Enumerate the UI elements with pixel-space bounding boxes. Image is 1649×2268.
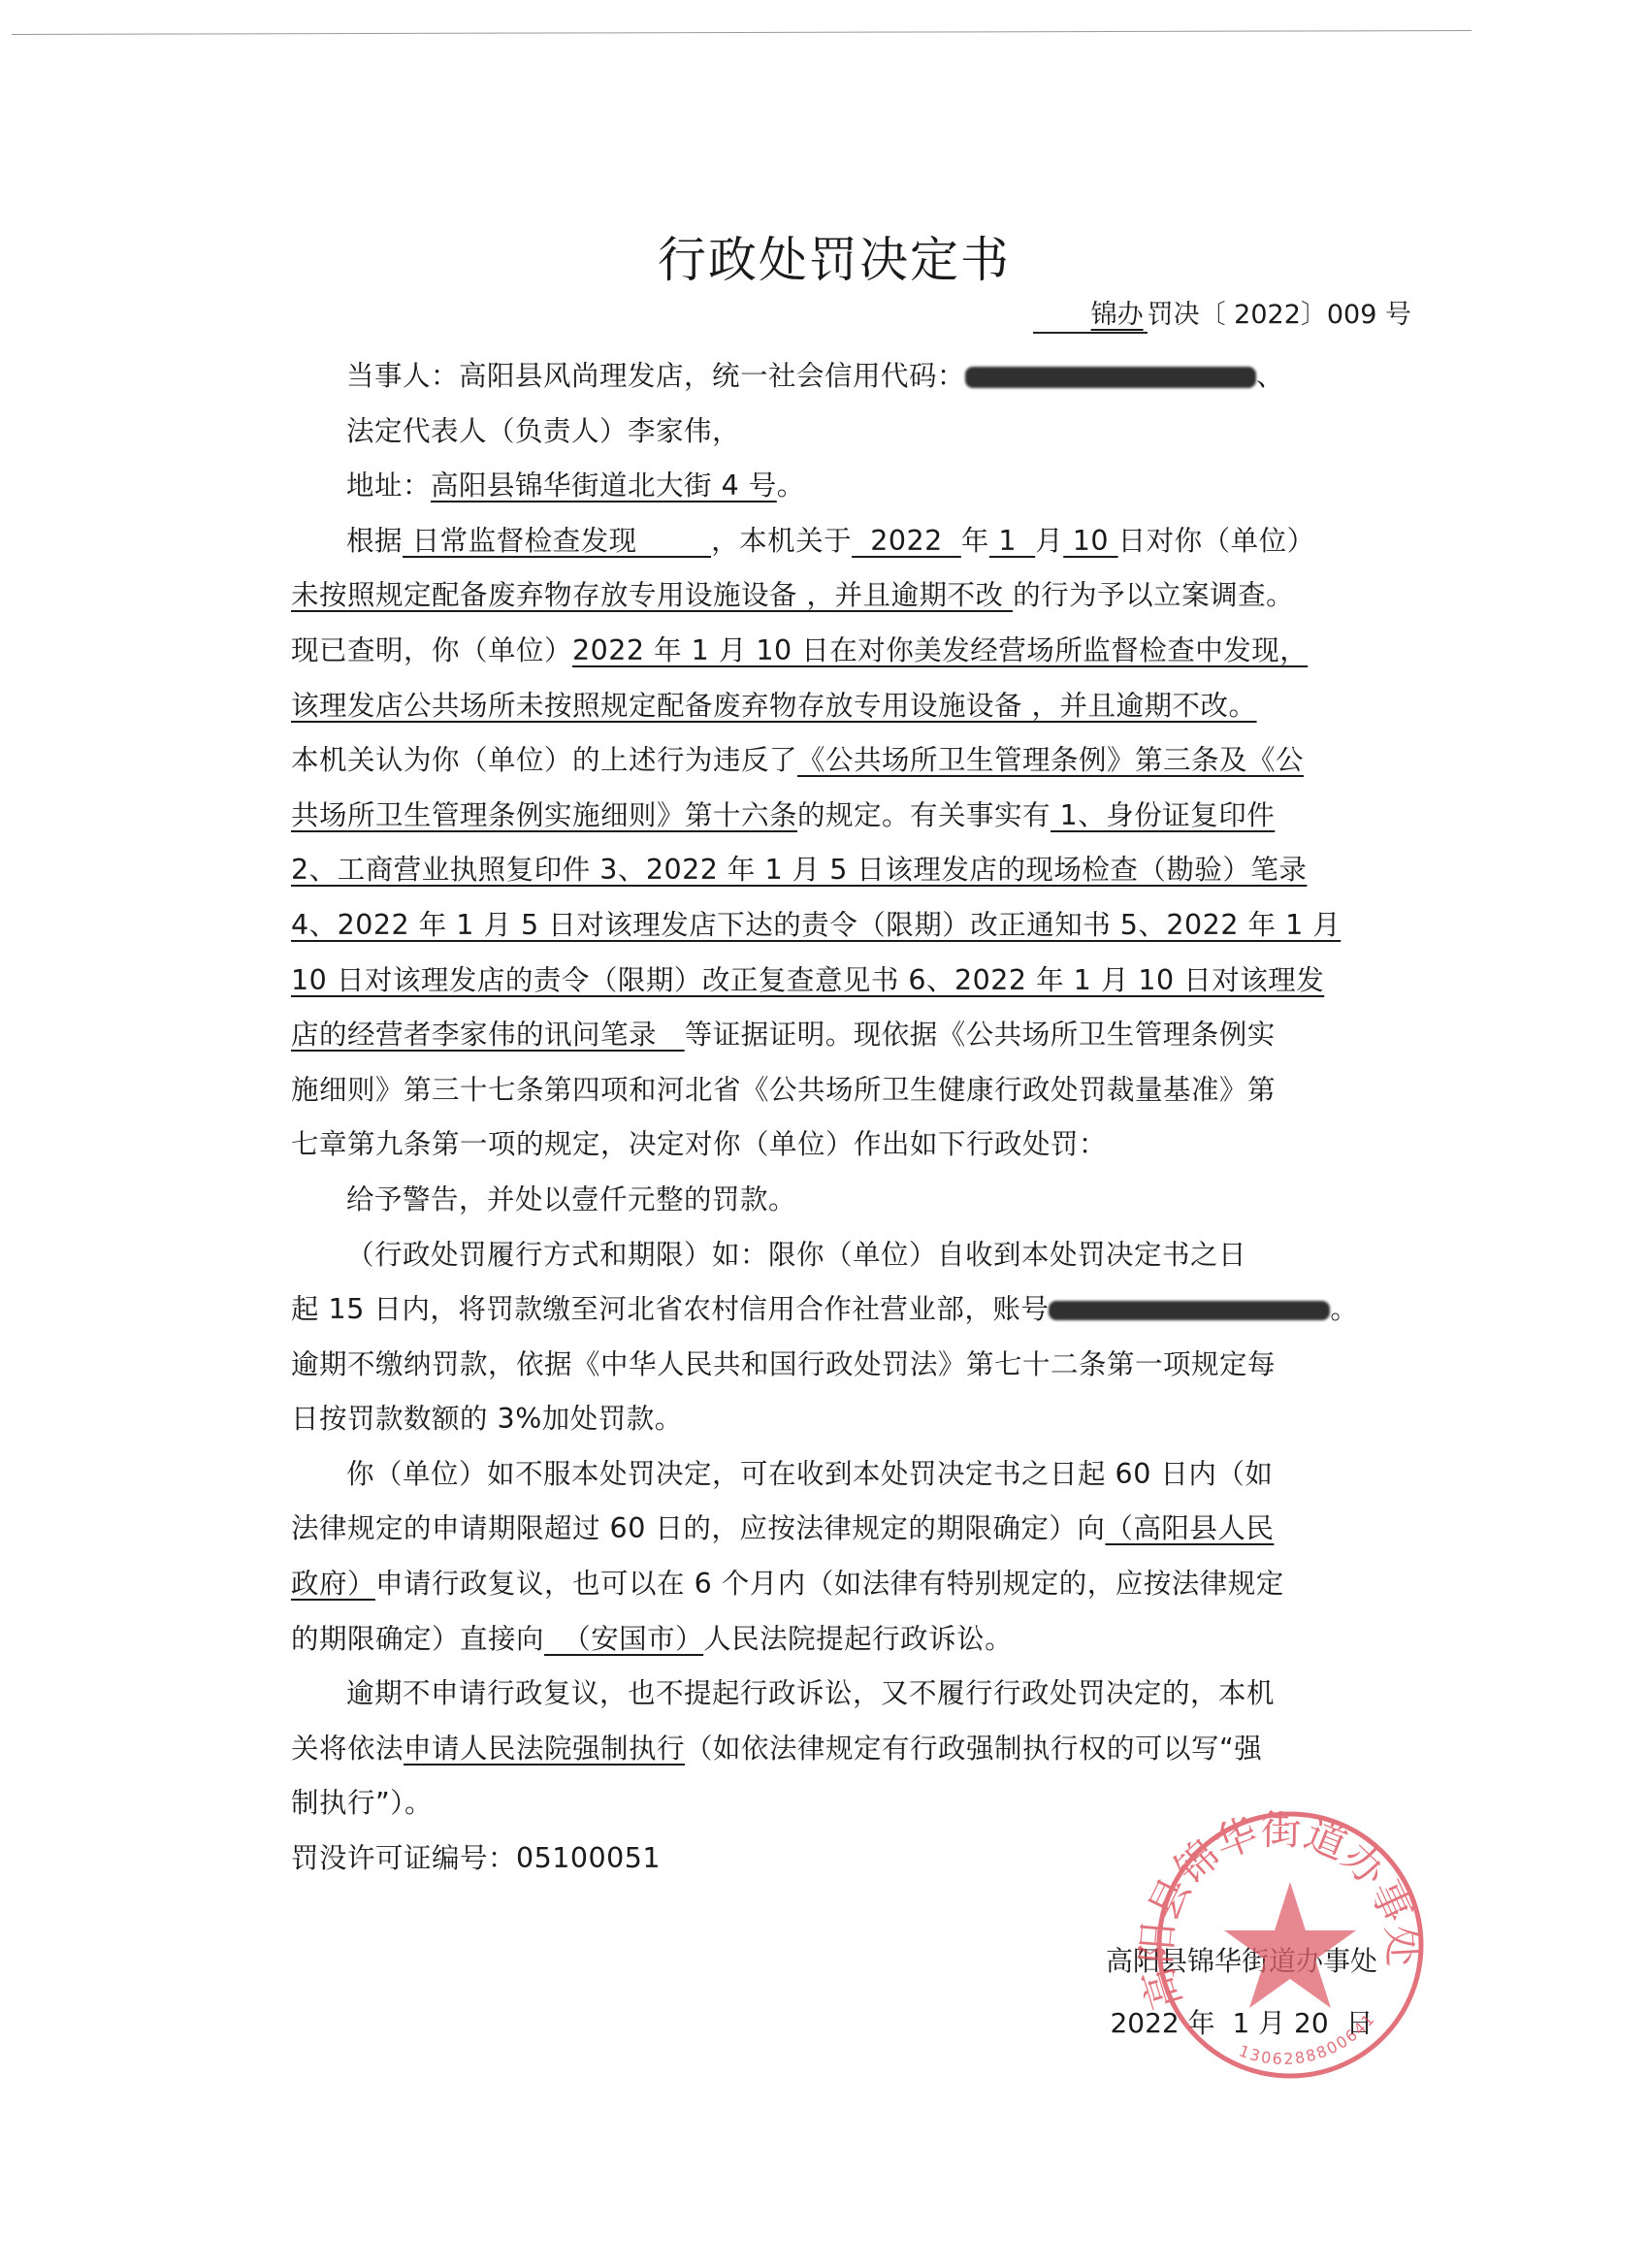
- signature-block: 高阳县锦华街道办事处 2022 年 1 月 20 日: [1038, 1930, 1445, 2055]
- para4-line3: 政府）申请行政复议，也可以在 6 个月内（如法律有特别规定的，应按法律规定: [291, 1557, 1411, 1612]
- para4-line4: 的期限确定）直接向 （安国市）人民法院提起行政诉讼。: [291, 1612, 1411, 1668]
- case-day: 10: [1063, 525, 1117, 557]
- text: 的期限确定）直接向: [291, 1623, 544, 1655]
- address-line: 地址：高阳县锦华街道北大街 4 号。: [291, 459, 1411, 514]
- para1-line7: 2、工商营业执照复印件 3、2022 年 1 月 5 日该理发店的现场检查（勘验…: [291, 843, 1411, 898]
- text: 根据: [346, 525, 403, 557]
- text: 的行为予以立案调查。: [1013, 579, 1294, 611]
- para4-line2: 法律规定的申请期限超过 60 日的，应按法律规定的期限确定）向（高阳县人民: [291, 1502, 1411, 1557]
- review-authority: 政府）: [291, 1568, 375, 1600]
- para3-line2: 起 15 日内，将罚款缴至河北省农村信用合作社营业部，账号。: [291, 1282, 1411, 1338]
- para1-line6: 共场所卫生管理条例实施细则》第十六条的规定。有关事实有 1、身份证复印件: [291, 789, 1411, 844]
- text: 日对你（单位）: [1118, 525, 1315, 557]
- doc-number-prefix: 锦办: [1033, 299, 1148, 334]
- para5-line3: 制执行”）。: [291, 1776, 1411, 1831]
- scan-top-rule: [12, 30, 1471, 35]
- para1-line9: 10 日对该理发店的责令（限期）改正复查意见书 6、2022 年 1 月 10 …: [291, 954, 1411, 1009]
- evidence: 店的经营者李家伟的讯问笔录: [291, 1019, 685, 1051]
- party-line: 当事人：高阳县风尚理发店，统一社会信用代码：、: [291, 349, 1411, 405]
- address-label: 地址：: [346, 470, 431, 502]
- address-value: 高阳县锦华街道北大街 4 号: [431, 470, 777, 502]
- evidence: 2、工商营业执照复印件 3、2022 年 1 月 5 日该理发店的现场检查（勘验…: [291, 854, 1307, 886]
- finding: 2022 年 1 月 10 日在对你美发经营场所监督检查中发现，: [572, 634, 1308, 666]
- redacted-account-number: [1049, 1301, 1330, 1320]
- text: 人民法院提起行政诉讼。: [703, 1623, 1013, 1655]
- para1-line5: 本机关认为你（单位）的上述行为违反了《公共场所卫生管理条例》第三条及《公: [291, 733, 1411, 789]
- text: 月: [1035, 525, 1063, 557]
- violation: 未按照规定配备废弃物存放专用设施设备 ，并且逾期不改: [291, 579, 1013, 611]
- para3-line1: （行政处罚履行方式和期限）如：限你（单位）自收到本处罚决定书之日: [291, 1228, 1411, 1283]
- para1-line12: 七章第九条第一项的规定，决定对你（单位）作出如下行政处罚：: [291, 1118, 1411, 1173]
- para1-line1: 根据 日常监督检查发现 ，本机关于 2022 年 1 月 10 日对你（单位）: [291, 514, 1411, 569]
- evidence: 10 日对该理发店的责令（限期）改正复查意见书 6、2022 年 1 月 10 …: [291, 964, 1324, 996]
- text: 现已查明，你（单位）: [291, 634, 572, 666]
- case-year: 2022: [852, 525, 961, 557]
- evidence: 1、身份证复印件: [1051, 799, 1275, 831]
- para1-line3: 现已查明，你（单位）2022 年 1 月 10 日在对你美发经营场所监督检查中发…: [291, 624, 1411, 679]
- para5-line2: 关将依法申请人民法院强制执行（如依法律规定有行政强制执行权的可以写“强: [291, 1722, 1411, 1777]
- text: ，本机关于: [711, 525, 852, 557]
- redacted-credit-code: [965, 367, 1256, 388]
- party-label: 当事人：: [346, 360, 459, 392]
- enforcement: 申请人民法院强制执行: [404, 1733, 685, 1765]
- text: 的规定。有关事实有: [797, 799, 1051, 831]
- evidence: 4、2022 年 1 月 5 日对该理发店下达的责令（限期）改正通知书 5、20…: [291, 909, 1341, 941]
- violated-law: 共场所卫生管理条例实施细则》第十六条: [291, 799, 797, 831]
- penalty: 给予警告，并处以壹仟元整的罚款。: [291, 1173, 1411, 1228]
- court: （安国市）: [544, 1623, 703, 1655]
- para1-line11: 施细则》第三十七条第四项和河北省《公共场所卫生健康行政处罚裁量基准》第: [291, 1063, 1411, 1118]
- text: 起 15 日内，将罚款缴至河北省农村信用合作社营业部，账号: [291, 1293, 1049, 1325]
- violated-law: 《公共场所卫生管理条例》第三条及《公: [797, 744, 1304, 776]
- text: 等证据证明。现依据《公共场所卫生管理条例实: [685, 1019, 1276, 1051]
- text: 年: [961, 525, 989, 557]
- text: 关将依法: [291, 1733, 404, 1765]
- issuer-name: 高阳县锦华街道办事处: [1038, 1930, 1445, 1993]
- para4-line1: 你（单位）如不服本处罚决定，可在收到本处罚决定书之日起 60 日内（如: [291, 1447, 1411, 1503]
- finding: 该理发店公共场所未按照规定配备废弃物存放专用设施设备 ，并且逾期不改。: [291, 690, 1257, 722]
- para3-line3: 逾期不缴纳罚款，依据《中华人民共和国行政处罚法》第七十二条第一项规定每: [291, 1338, 1411, 1393]
- review-authority: （高阳县人民: [1105, 1512, 1274, 1544]
- case-source: 日常监督检查发现: [403, 525, 711, 557]
- document-number: 锦办罚决〔 2022〕009 号: [1033, 293, 1411, 334]
- text: 。: [1330, 1293, 1358, 1325]
- party-suffix: 、: [1256, 360, 1284, 392]
- document-body: 当事人：高阳县风尚理发店，统一社会信用代码：、 法定代表人（负责人）李家伟， 地…: [291, 349, 1411, 1887]
- text: （如依法律规定有行政强制执行权的可以写“强: [685, 1733, 1262, 1765]
- para1-line2: 未按照规定配备废弃物存放专用设施设备 ，并且逾期不改 的行为予以立案调查。: [291, 568, 1411, 624]
- para3-line4: 日按罚款数额的 3%加处罚款。: [291, 1392, 1411, 1447]
- text: 本机关认为你（单位）的上述行为违反了: [291, 744, 797, 776]
- license-number: 罚没许可证编号：05100051: [291, 1831, 1411, 1887]
- document-title: 行政处罚决定书: [0, 221, 1649, 291]
- doc-number-rest: 罚决〔 2022〕009 号: [1148, 300, 1411, 330]
- para1-line8: 4、2022 年 1 月 5 日对该理发店下达的责令（限期）改正通知书 5、20…: [291, 898, 1411, 954]
- para5-line1: 逾期不申请行政复议，也不提起行政诉讼，又不履行行政处罚决定的，本机: [291, 1667, 1411, 1722]
- address-end: 。: [777, 470, 805, 502]
- text: 申请行政复议，也可以在 6 个月内（如法律有特别规定的，应按法律规定: [375, 1568, 1284, 1600]
- issue-date: 2022 年 1 月 20 日: [1038, 1993, 1445, 2055]
- para1-line10: 店的经营者李家伟的讯问笔录 等证据证明。现依据《公共场所卫生管理条例实: [291, 1008, 1411, 1063]
- party-name: 高阳县风尚理发店，统一社会信用代码：: [459, 360, 965, 392]
- case-month: 1: [989, 525, 1035, 557]
- para1-line4: 该理发店公共场所未按照规定配备废弃物存放专用设施设备 ，并且逾期不改。: [291, 679, 1411, 734]
- text: 法律规定的申请期限超过 60 日的，应按法律规定的期限确定）向: [291, 1512, 1105, 1544]
- legal-rep-line: 法定代表人（负责人）李家伟，: [291, 405, 1411, 460]
